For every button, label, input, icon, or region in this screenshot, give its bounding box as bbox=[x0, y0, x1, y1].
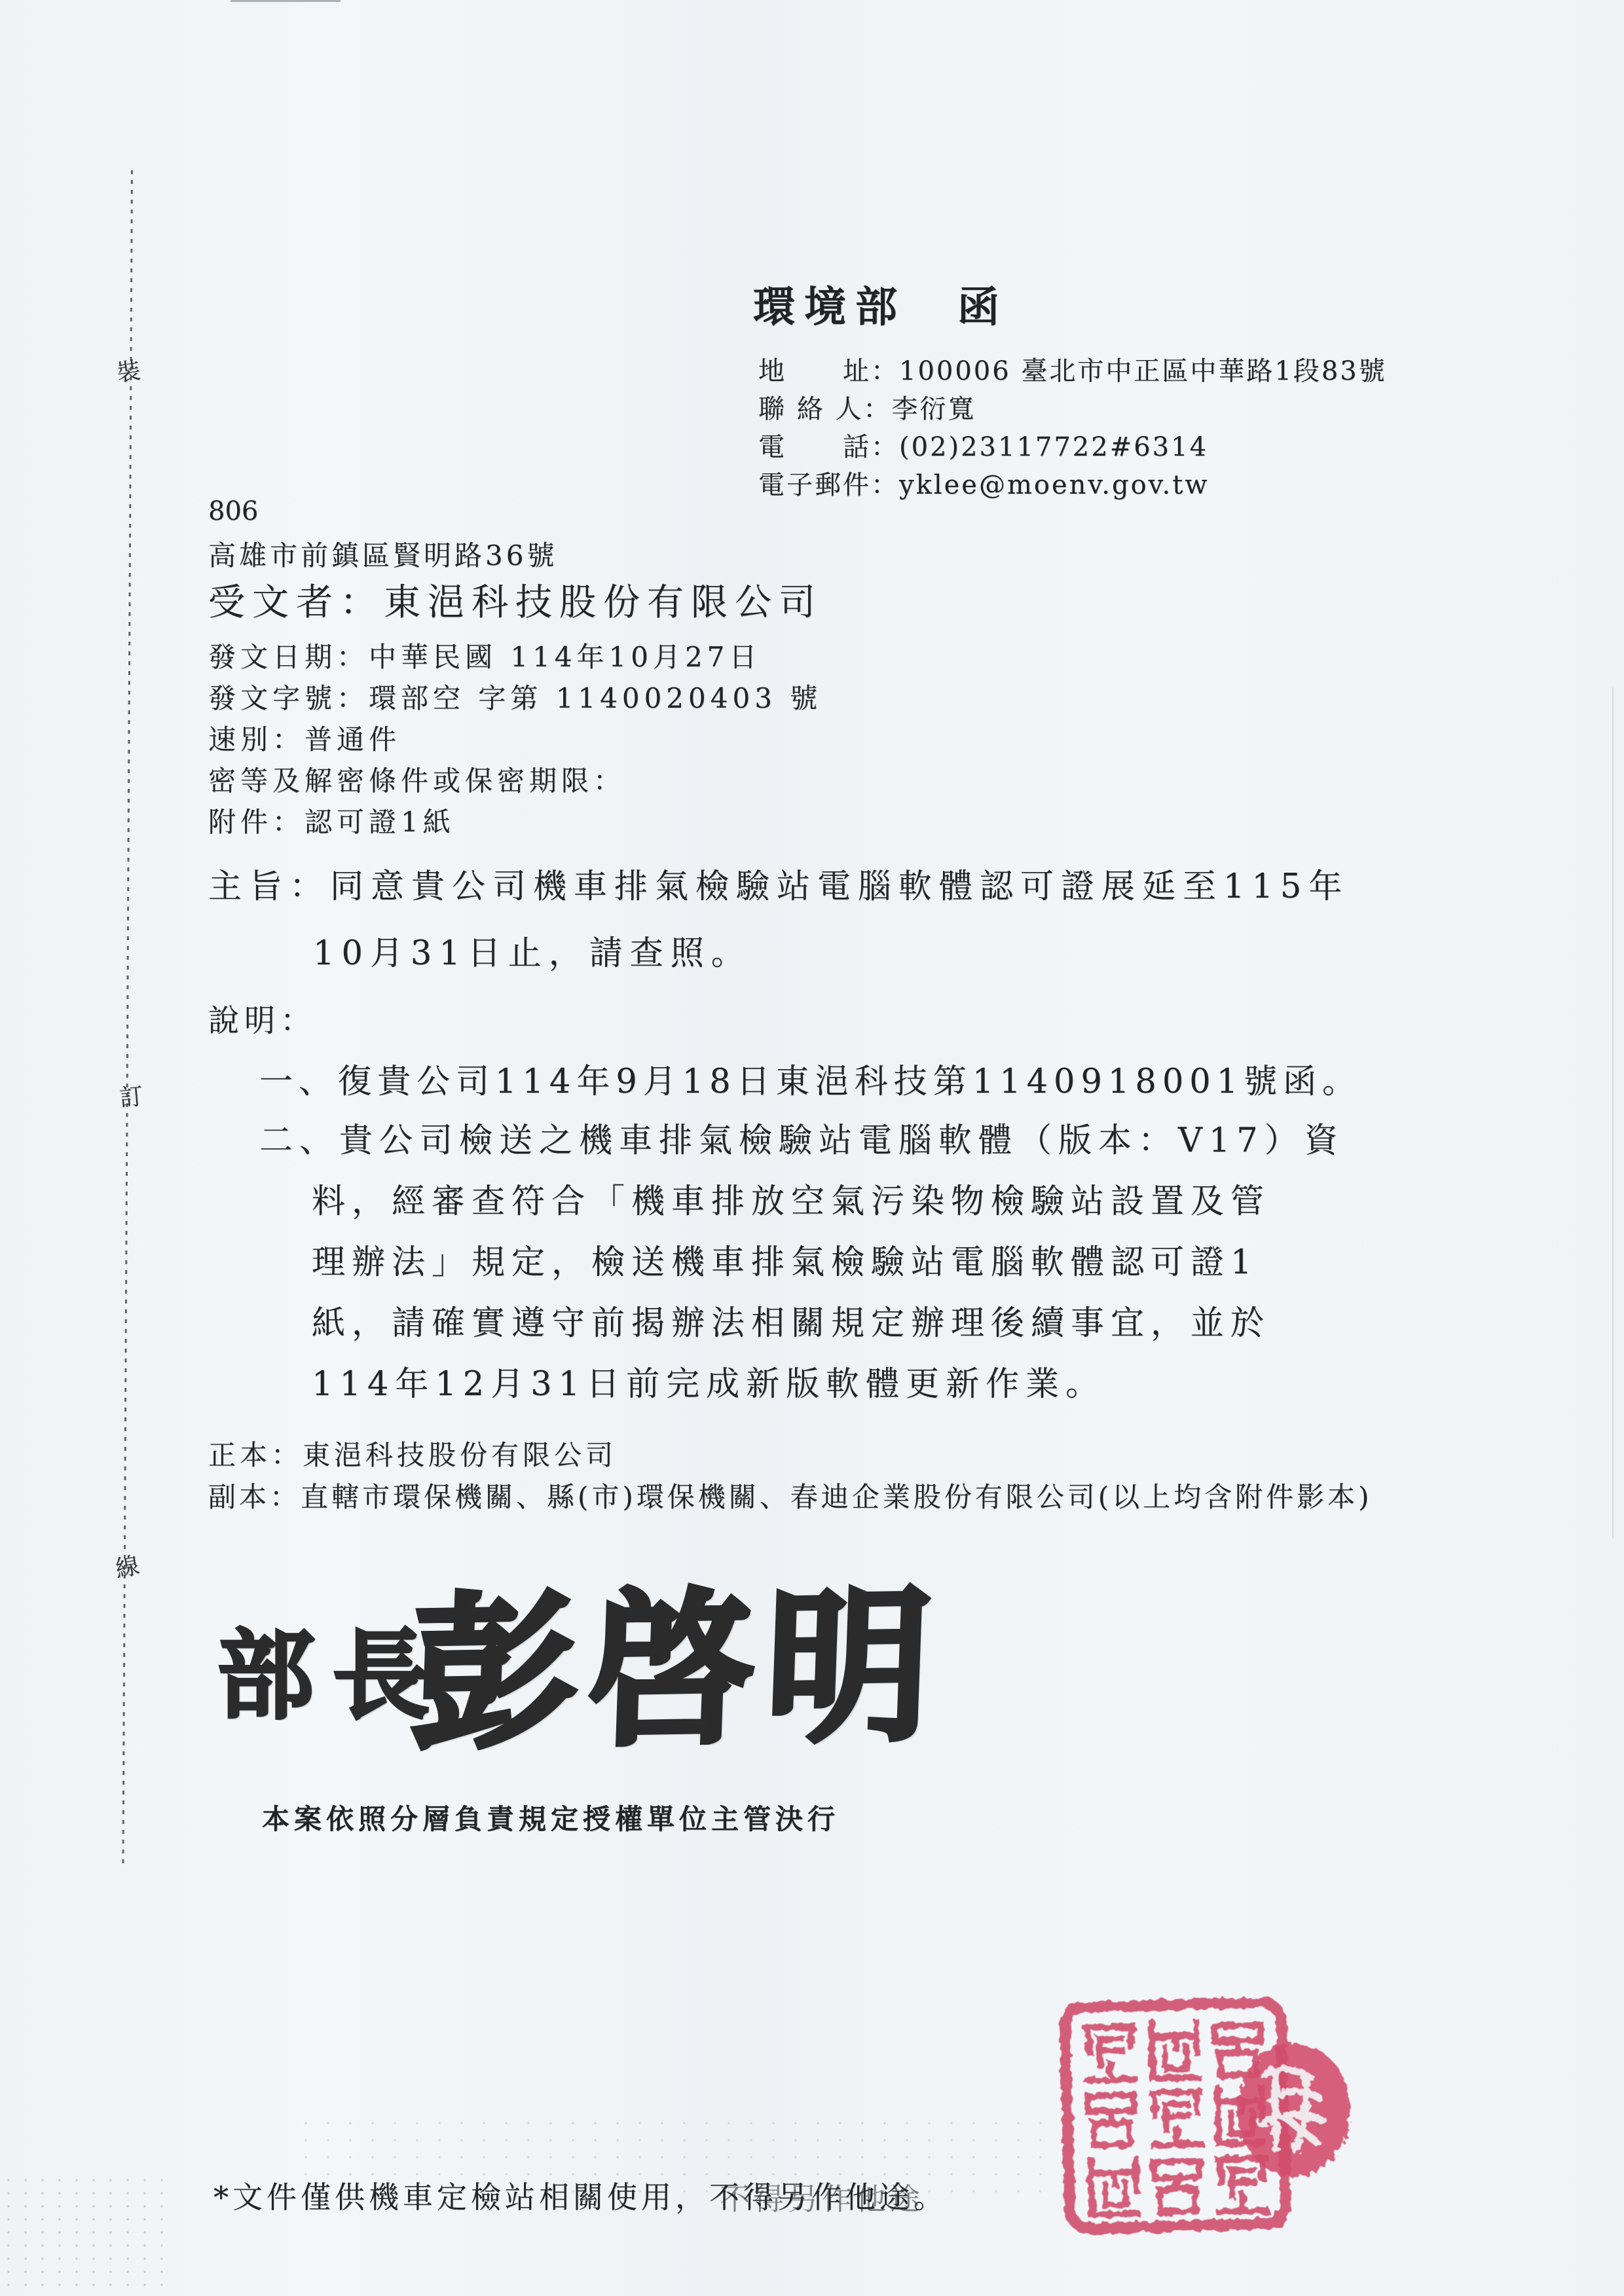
footer-note-suffix: 。 bbox=[913, 2179, 948, 2215]
scan-artifact-top-line bbox=[231, 0, 341, 2]
explanation-item-2-line-3: 理辦法」規定，檢送機車排氣檢驗站電腦軟體認可證1 bbox=[312, 1235, 1258, 1283]
meta-line-security: 密等及解密條件或保密期限： bbox=[208, 760, 822, 801]
explanation-item-2-line-2: 料，經審查符合「機車排放空氣污染物檢驗站設置及管 bbox=[312, 1174, 1270, 1222]
binding-mark-ding: 訂 bbox=[118, 1078, 144, 1114]
footer-note-prefix: *文件僅供機車定檢站相關使用， bbox=[213, 2179, 709, 2215]
subject-line-1: 主旨：同意貴公司機車排氣檢驗站電腦軟體認可證展延至115年 bbox=[208, 859, 1349, 907]
contact-line-address: 地 址：100006 臺北市中正區中華路1段83號 bbox=[758, 352, 1387, 390]
copy-original-line: 正本：東浥科技股份有限公司 bbox=[208, 1434, 617, 1473]
recipient-address: 高雄市前鎮區賢明路36號 bbox=[208, 534, 557, 574]
document-meta-block: 發文日期：中華民國 114年10月27日 發文字號：環部空 字第 1140020… bbox=[208, 636, 822, 843]
meta-line-doc-number: 發文字號：環部空 字第 1140020403 號 bbox=[208, 678, 822, 719]
explanation-heading: 說明： bbox=[208, 996, 316, 1040]
explanation-item-2-line-4: 紙，請確實遵守前揭辦法相關規定辦理後續事宜，並於 bbox=[312, 1296, 1270, 1344]
binding-mark-xian: 線 bbox=[113, 1547, 141, 1584]
sender-contact-block: 地 址：100006 臺北市中正區中華路1段83號 聯 絡 人：李衍寬 電 話：… bbox=[758, 352, 1387, 504]
scan-speckles-bottom-left bbox=[0, 2174, 177, 2291]
meta-line-priority: 速別：普通件 bbox=[208, 719, 822, 760]
meta-line-date: 發文日期：中華民國 114年10月27日 bbox=[208, 636, 822, 678]
scan-artifact-right-line bbox=[1612, 687, 1614, 1539]
subject-line-2: 10月31日止，請查照。 bbox=[313, 926, 752, 974]
explanation-item-2-line-5: 114年12月31日前完成新版軟體更新作業。 bbox=[312, 1357, 1105, 1405]
contact-line-person: 聯 絡 人：李衍寬 bbox=[758, 390, 1387, 428]
minister-signature-calligraphy: 彭啓明 bbox=[408, 1534, 947, 1780]
contact-line-email: 電子郵件：yklee@moenv.gov.tw bbox=[758, 466, 1387, 504]
meta-line-attachment: 附件：認可證1紙 bbox=[208, 801, 822, 843]
copy-cc-line: 副本：直轄市環保機關、縣(市)環保機關、春迪企業股份有限公司(以上均含附件影本) bbox=[208, 1476, 1373, 1515]
footer-note-ghost-doubleprint: 不得另作他途 bbox=[709, 2179, 913, 2215]
scanned-official-letter-page: 裝 訂 線 環境部 函 地 址：100006 臺北市中正區中華路1段83號 聯 … bbox=[0, 0, 1624, 2296]
explanation-item-2-line-1: 二、貴公司檢送之機車排氣檢驗站電腦軟體（版本：V17）資 bbox=[259, 1113, 1344, 1161]
delegation-note: 本案依照分層負責規定授權單位主管決行 bbox=[262, 1798, 840, 1837]
recipient-line: 受文者：東浥科技股份有限公司 bbox=[208, 574, 822, 626]
round-red-seal-stamp-icon bbox=[1232, 2037, 1356, 2184]
footer-usage-note: *文件僅供機車定檢站相關使用，不得另作他途。 bbox=[213, 2174, 948, 2217]
contact-line-phone: 電 話：(02)23117722#6314 bbox=[758, 428, 1387, 466]
document-title: 環境部 函 bbox=[753, 274, 1008, 334]
recipient-postal-code: 806 bbox=[208, 496, 258, 526]
explanation-item-1: 一、復貴公司114年9月18日東浥科技第1140918001號函。 bbox=[259, 1054, 1361, 1102]
binding-dotted-line bbox=[122, 170, 133, 1866]
binding-mark-zhuang: 裝 bbox=[115, 352, 143, 389]
